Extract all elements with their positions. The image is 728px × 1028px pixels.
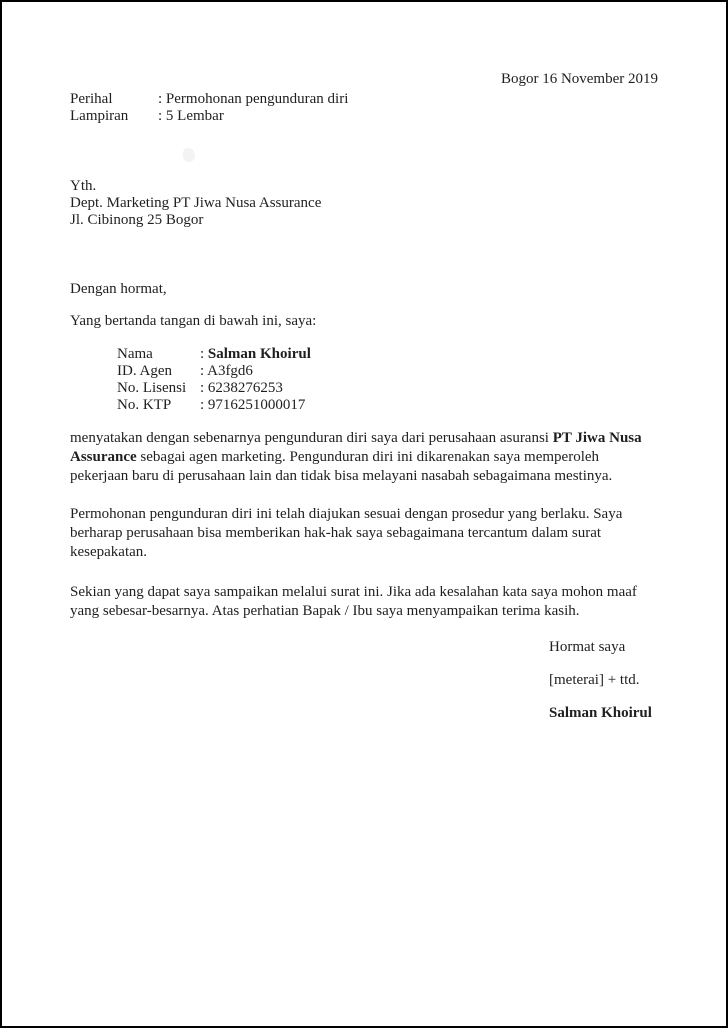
signature-name: Salman Khoirul <box>549 705 658 722</box>
scan-smudge-artifact <box>183 148 195 162</box>
separator: : <box>200 380 204 396</box>
body-paragraph-1: menyatakan dengan sebenarnya pengunduran… <box>70 429 658 486</box>
intro-line: Yang bertanda tangan di bawah ini, saya: <box>70 313 658 330</box>
identity-value: 9716251000017 <box>208 397 306 413</box>
recipient-address: Jl. Cibinong 25 Bogor <box>70 212 658 229</box>
paragraph-text: sebagai agen marketing. Pengunduran diri… <box>70 449 612 484</box>
letter-page: Bogor 16 November 2019 Perihal: Permohon… <box>0 0 728 1028</box>
identity-row-no-lisensi: No. Lisensi: 6238276253 <box>117 380 658 397</box>
separator: : <box>200 363 204 379</box>
recipient-block: Yth. Dept. Marketing PT Jiwa Nusa Assura… <box>70 178 658 229</box>
identity-label: ID. Agen <box>117 363 200 380</box>
identity-row-nama: Nama: Salman Khoirul <box>117 346 658 363</box>
meta-label: Perihal <box>70 91 158 108</box>
recipient-salutation: Yth. <box>70 178 658 195</box>
identity-label: Nama <box>117 346 200 363</box>
signature-closing: Hormat saya <box>549 639 658 656</box>
separator: : <box>158 108 162 124</box>
signature-stamp-line: [meterai] + ttd. <box>549 672 658 689</box>
meta-value: 5 Lembar <box>166 108 224 124</box>
identity-label: No. Lisensi <box>117 380 200 397</box>
meta-label: Lampiran <box>70 108 158 125</box>
meta-block: Perihal: Permohonan pengunduran diri Lam… <box>70 91 658 125</box>
separator: : <box>200 397 204 413</box>
identity-label: No. KTP <box>117 397 200 414</box>
signature-block: Hormat saya [meterai] + ttd. Salman Khoi… <box>549 639 658 722</box>
paragraph-text: menyatakan dengan sebenarnya pengunduran… <box>70 430 549 446</box>
separator: : <box>200 346 204 362</box>
date-line: Bogor 16 November 2019 <box>70 71 658 88</box>
identity-value: Salman Khoirul <box>208 346 311 362</box>
identity-block: Nama: Salman Khoirul ID. Agen: A3fgd6 No… <box>70 346 658 414</box>
identity-value: A3fgd6 <box>207 363 253 379</box>
greeting: Dengan hormat, <box>70 281 658 298</box>
body-paragraph-3: Sekian yang dapat saya sampaikan melalui… <box>70 583 658 621</box>
identity-row-id-agen: ID. Agen: A3fgd6 <box>117 363 658 380</box>
meta-row-lampiran: Lampiran: 5 Lembar <box>70 108 658 125</box>
identity-row-no-ktp: No. KTP: 9716251000017 <box>117 397 658 414</box>
meta-row-perihal: Perihal: Permohonan pengunduran diri <box>70 91 658 108</box>
identity-value: 6238276253 <box>208 380 283 396</box>
meta-value: Permohonan pengunduran diri <box>166 91 348 107</box>
body-paragraph-2: Permohonan pengunduran diri ini telah di… <box>70 505 658 562</box>
separator: : <box>158 91 162 107</box>
recipient-department: Dept. Marketing PT Jiwa Nusa Assurance <box>70 195 658 212</box>
